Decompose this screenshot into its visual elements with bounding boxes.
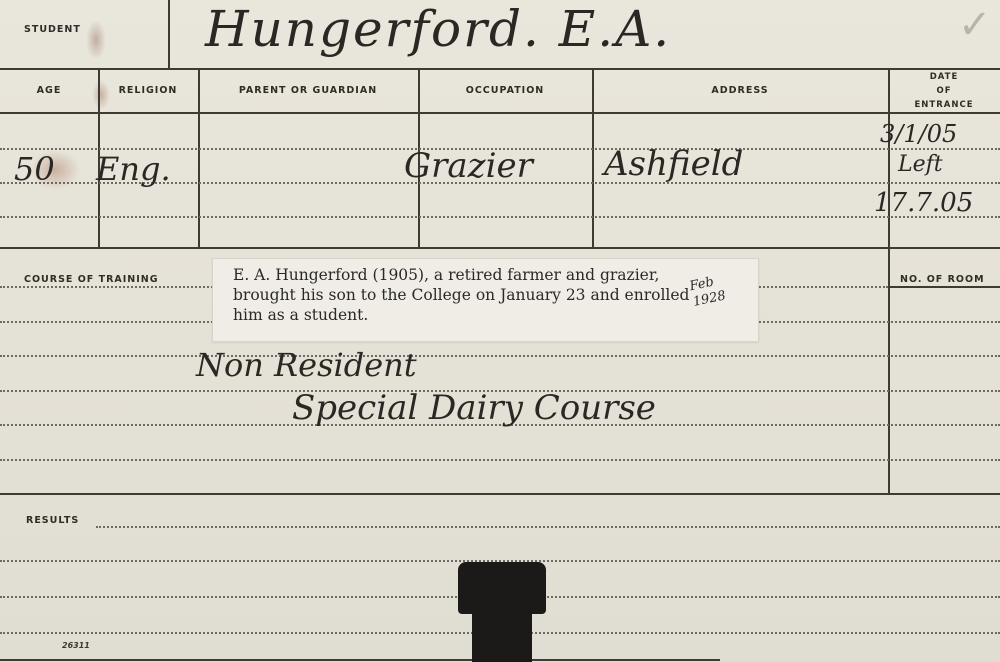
left-note: Left <box>898 152 943 177</box>
rust-stain <box>86 20 106 60</box>
student-name: Hungerford. E.A. <box>205 0 671 58</box>
course-entry-course: Special Dairy Course <box>292 388 656 428</box>
rule <box>0 247 1000 249</box>
course-entry-residency: Non Resident <box>196 346 417 384</box>
dotted-rule <box>0 459 1000 461</box>
rule <box>0 112 1000 114</box>
entrance-date: 3/1/05 <box>880 120 957 148</box>
student-label: STUDENT <box>24 24 81 35</box>
age-label: AGE <box>0 85 98 96</box>
column-divider <box>592 68 594 247</box>
card-bottom-edge <box>0 659 720 661</box>
dotted-rule <box>0 355 1000 357</box>
occupation-label: OCCUPATION <box>418 85 592 96</box>
address-value: Ashfield <box>604 144 743 184</box>
dotted-rule <box>0 216 1000 218</box>
parent-guardian-label: PARENT OR GUARDIAN <box>198 85 418 96</box>
clipping-date-note: Feb 1928 <box>688 267 753 311</box>
column-divider <box>888 68 890 247</box>
rule <box>0 493 1000 495</box>
student-divider <box>168 0 170 68</box>
date-of-entrance-label-1: DATE <box>888 72 1000 82</box>
check-mark-icon: ✓ <box>958 2 992 48</box>
index-tab-stem <box>472 610 532 662</box>
column-divider <box>198 68 200 247</box>
date-of-entrance-label-3: ENTRANCE <box>888 100 1000 110</box>
rule <box>0 68 1000 70</box>
date-of-entrance-label-2: OF <box>888 86 1000 96</box>
index-tab-cutout <box>458 562 546 614</box>
clipping-text: E. A. Hungerford (1905), a retired farme… <box>233 265 693 325</box>
results-label: RESULTS <box>26 515 79 526</box>
age-value: 50 <box>14 150 55 188</box>
religion-value: Eng. <box>96 150 171 188</box>
room-rule <box>888 286 1000 288</box>
form-number: 26311 <box>62 641 90 650</box>
left-date: 17.7.05 <box>874 188 973 218</box>
occupation-value: Grazier <box>404 146 533 186</box>
room-divider <box>888 247 890 493</box>
dotted-rule <box>96 526 1000 528</box>
record-card: ✓ STUDENT Hungerford. E.A. AGE RELIGION … <box>0 0 1000 662</box>
newspaper-clipping: E. A. Hungerford (1905), a retired farme… <box>212 258 759 342</box>
room-label: NO. OF ROOM <box>900 274 985 285</box>
course-of-training-label: COURSE OF TRAINING <box>24 274 159 285</box>
address-label: ADDRESS <box>592 85 888 96</box>
religion-label: RELIGION <box>98 85 198 96</box>
